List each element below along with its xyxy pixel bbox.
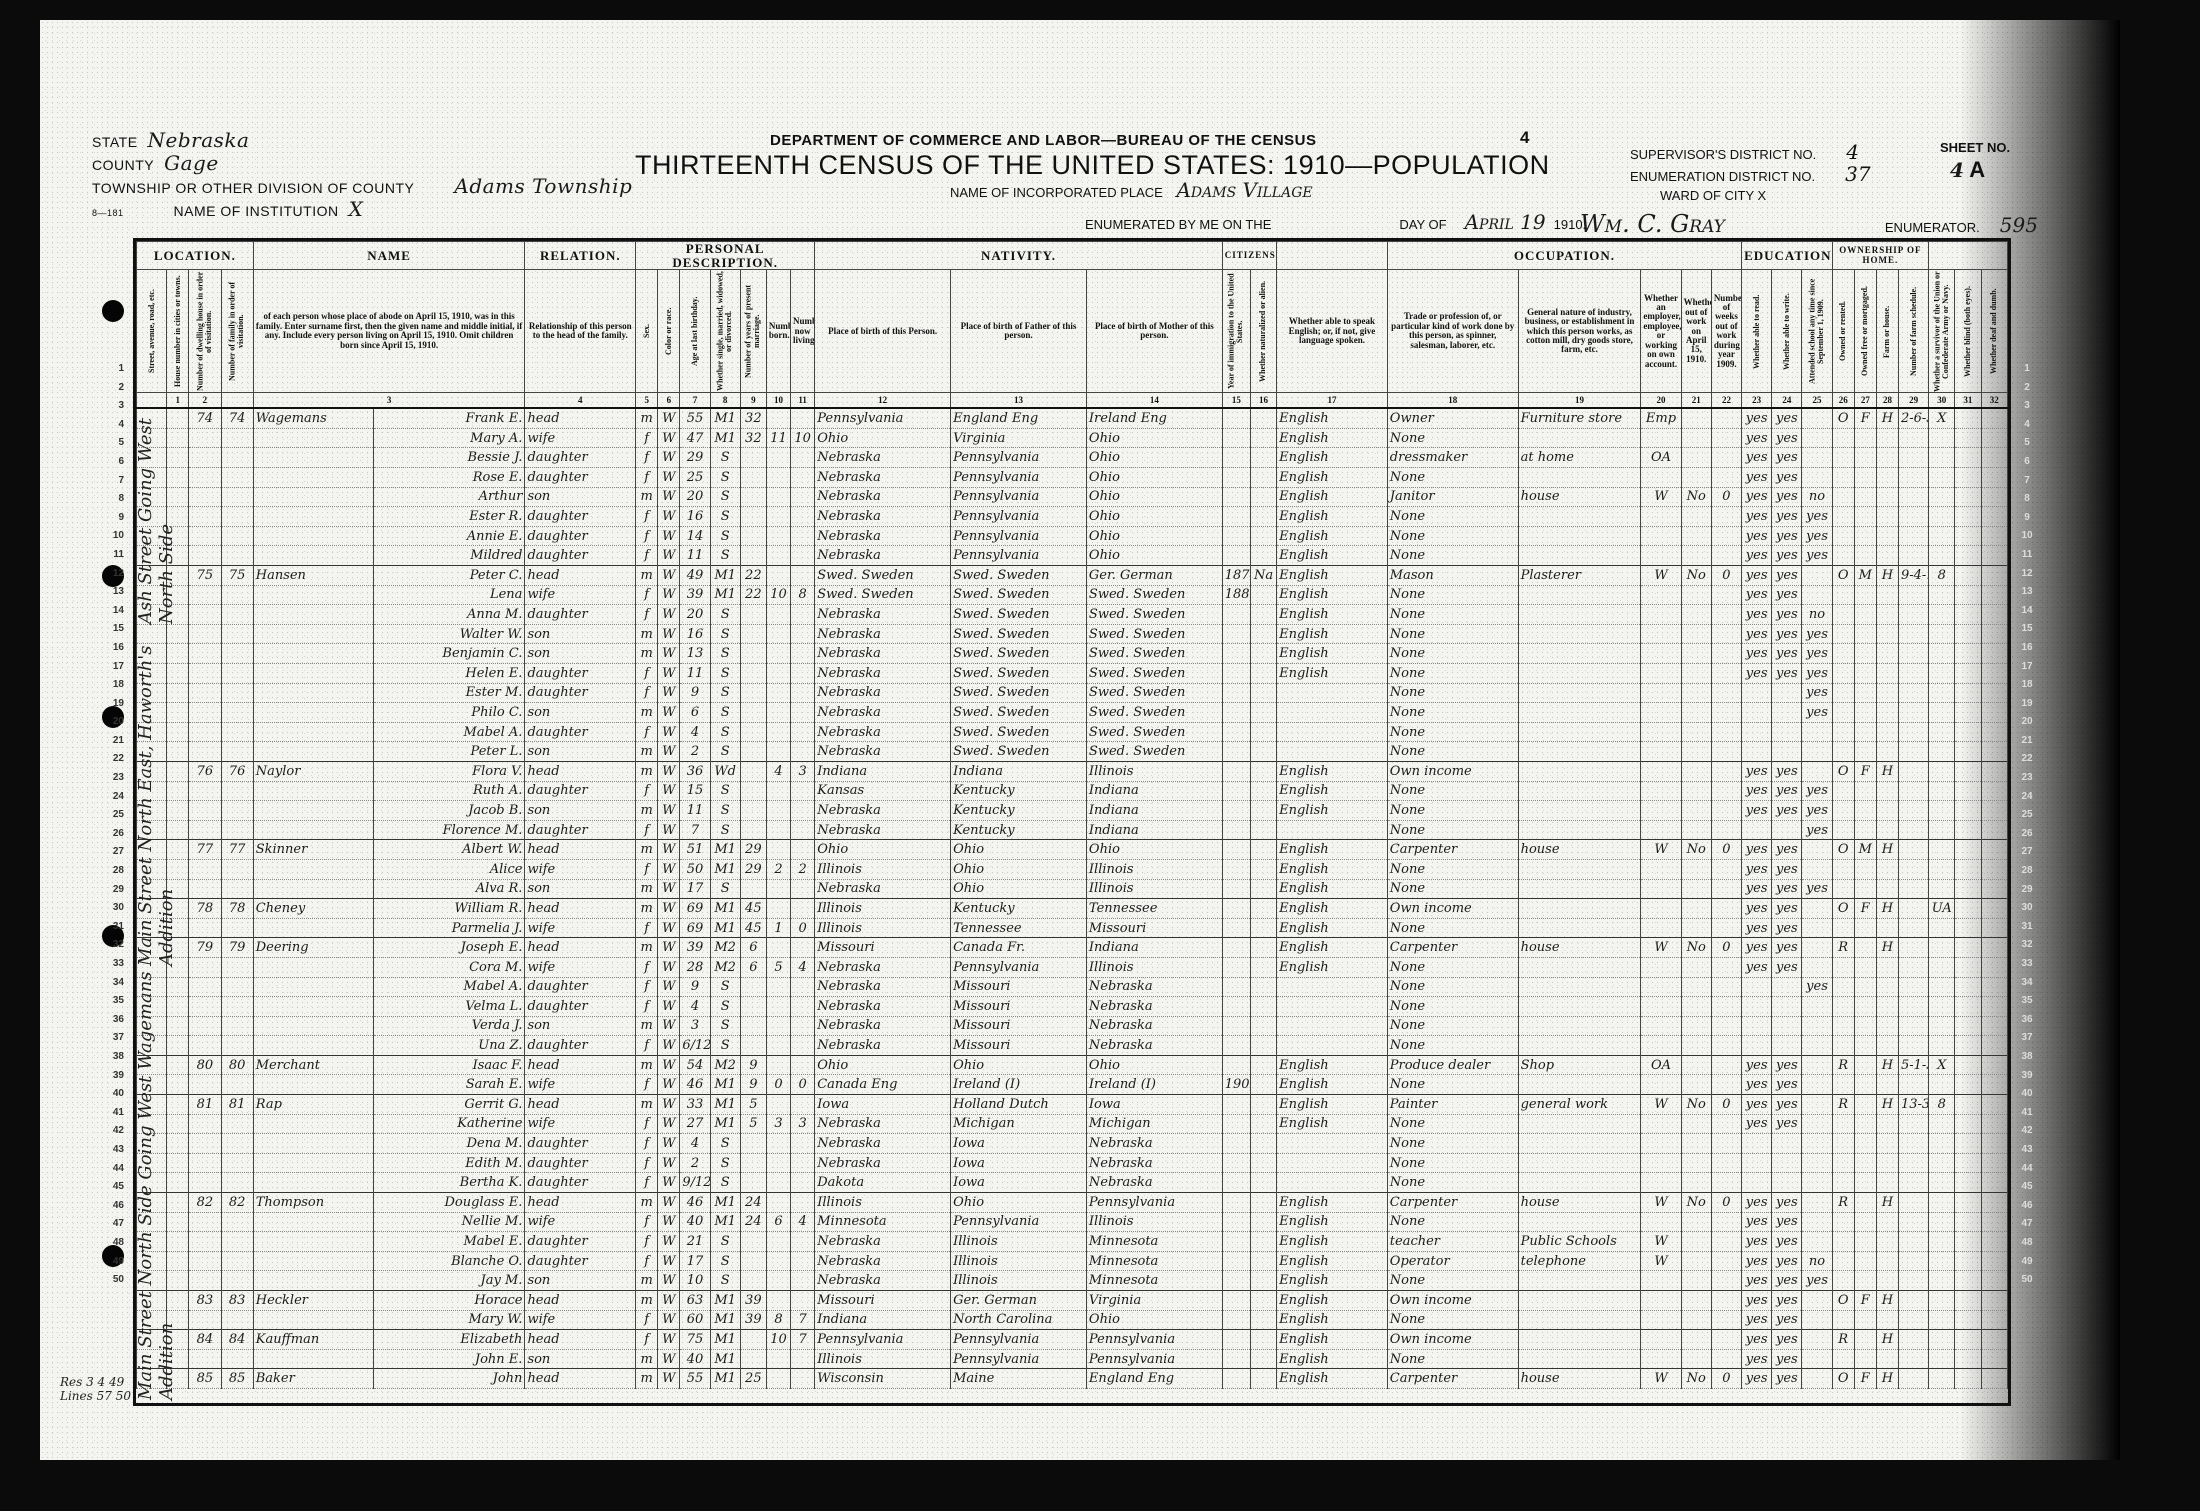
veteran-cell xyxy=(1929,859,1955,879)
farm-house-cell xyxy=(1876,957,1898,977)
mother-birthplace-cell: Swed. Sweden xyxy=(1086,742,1222,762)
naturalization-cell xyxy=(1250,1173,1276,1193)
read-cell: yes xyxy=(1742,859,1772,879)
given-name-cell: Bertha K. xyxy=(374,1173,525,1193)
employer-status-cell xyxy=(1641,742,1681,762)
industry-cell xyxy=(1518,879,1641,899)
header-nativity: NATIVITY. xyxy=(815,242,1223,270)
col-read: Whether able to read. xyxy=(1742,270,1772,393)
farm-schedule-cell xyxy=(1899,997,1929,1017)
mother-birthplace-cell: Swed. Sweden xyxy=(1086,624,1222,644)
given-name-cell: Jacob B. xyxy=(374,801,525,821)
children-born-cell xyxy=(766,722,790,742)
free-mortgaged-cell xyxy=(1854,977,1876,997)
race-cell: W xyxy=(658,408,680,428)
surname-cell xyxy=(253,644,374,664)
write-cell: yes xyxy=(1772,957,1802,977)
given-name-cell: Lena xyxy=(374,585,525,605)
race-cell: W xyxy=(658,1036,680,1056)
write-cell: yes xyxy=(1772,1212,1802,1232)
language-cell: English xyxy=(1277,781,1388,801)
blind-cell xyxy=(1955,566,1981,586)
mother-birthplace-cell: Michigan xyxy=(1086,1114,1222,1134)
birthplace-cell: Nebraska xyxy=(815,526,951,546)
given-name-cell: Edith M. xyxy=(374,1153,525,1173)
marital-status-cell: S xyxy=(710,1271,740,1291)
write-cell: yes xyxy=(1772,644,1802,664)
farm-schedule-cell xyxy=(1899,801,1929,821)
years-married-cell xyxy=(740,448,766,468)
farm-house-cell xyxy=(1876,820,1898,840)
naturalization-cell xyxy=(1250,507,1276,527)
line-number: 46 xyxy=(88,1197,124,1216)
free-mortgaged-cell xyxy=(1854,1173,1876,1193)
language-cell: English xyxy=(1277,585,1388,605)
children-born-cell xyxy=(766,801,790,821)
farm-house-cell xyxy=(1876,605,1898,625)
trade-cell: None xyxy=(1387,585,1518,605)
industry-cell xyxy=(1518,1016,1641,1036)
veteran-cell xyxy=(1929,1193,1955,1213)
out-of-work-cell xyxy=(1681,1291,1711,1311)
out-of-work-cell: No xyxy=(1681,1095,1711,1115)
immigration-year-cell xyxy=(1222,918,1250,938)
read-cell xyxy=(1742,820,1772,840)
years-married-cell xyxy=(740,1251,766,1271)
naturalization-cell xyxy=(1250,801,1276,821)
family-number-cell xyxy=(221,585,253,605)
given-name-cell: Mildred xyxy=(374,546,525,566)
employer-status-cell xyxy=(1641,820,1681,840)
birthplace-cell: Missouri xyxy=(815,1291,951,1311)
deaf-cell xyxy=(1981,938,2008,958)
given-name-cell: Joseph E. xyxy=(374,938,525,958)
industry-cell xyxy=(1518,1114,1641,1134)
farm-house-cell: H xyxy=(1876,1369,1898,1389)
blind-cell xyxy=(1955,918,1981,938)
free-mortgaged-cell xyxy=(1854,507,1876,527)
free-mortgaged-cell: F xyxy=(1854,408,1876,428)
given-name-cell: Bessie J. xyxy=(374,448,525,468)
free-mortgaged-cell xyxy=(1854,1016,1876,1036)
farm-schedule-cell xyxy=(1899,1153,1929,1173)
immigration-year-cell xyxy=(1222,1134,1250,1154)
out-of-work-cell xyxy=(1681,1251,1711,1271)
immigration-year-cell xyxy=(1222,781,1250,801)
weeks-out-cell xyxy=(1711,1349,1741,1369)
farm-schedule-cell xyxy=(1899,1310,1929,1330)
immigration-year-cell xyxy=(1222,742,1250,762)
surname-cell: Thompson xyxy=(253,1193,374,1213)
years-married-cell xyxy=(740,879,766,899)
mother-birthplace-cell: Pennsylvania xyxy=(1086,1193,1222,1213)
immigration-year-cell xyxy=(1222,761,1250,781)
weeks-out-cell xyxy=(1711,546,1741,566)
out-of-work-cell xyxy=(1681,997,1711,1017)
free-mortgaged-cell xyxy=(1854,683,1876,703)
naturalization-cell xyxy=(1250,1075,1276,1095)
free-mortgaged-cell xyxy=(1854,585,1876,605)
naturalization-cell xyxy=(1250,526,1276,546)
industry-cell xyxy=(1518,468,1641,488)
sex-cell: m xyxy=(636,840,658,860)
line-number: 42 xyxy=(88,1122,124,1141)
owned-rented-cell xyxy=(1832,859,1854,879)
given-name-cell: Cora M. xyxy=(374,957,525,977)
relation-cell: daughter xyxy=(525,468,636,488)
write-cell: yes xyxy=(1772,1369,1802,1389)
weeks-out-cell xyxy=(1711,1055,1741,1075)
mother-birthplace-cell: Minnesota xyxy=(1086,1251,1222,1271)
birthplace-cell: Iowa xyxy=(815,1095,951,1115)
deaf-cell xyxy=(1981,408,2008,428)
family-number-cell xyxy=(221,448,253,468)
industry-cell xyxy=(1518,918,1641,938)
state-value: Nebraska xyxy=(148,128,250,152)
race-cell: W xyxy=(658,1095,680,1115)
employer-status-cell: W xyxy=(1641,840,1681,860)
col-farm-house: Farm or house. xyxy=(1876,270,1898,393)
mother-birthplace-cell: Indiana xyxy=(1086,781,1222,801)
incorporated-place-value: Adams Village xyxy=(1176,178,1312,202)
language-cell: English xyxy=(1277,664,1388,684)
trade-cell: None xyxy=(1387,428,1518,448)
relation-cell: son xyxy=(525,801,636,821)
write-cell: yes xyxy=(1772,1291,1802,1311)
blind-cell xyxy=(1955,1075,1981,1095)
sex-cell: f xyxy=(636,468,658,488)
write-cell xyxy=(1772,1153,1802,1173)
children-born-cell xyxy=(766,938,790,958)
birthplace-cell: Nebraska xyxy=(815,1153,951,1173)
deaf-cell xyxy=(1981,1193,2008,1213)
naturalization-cell xyxy=(1250,977,1276,997)
naturalization-cell xyxy=(1250,781,1276,801)
ward-label: WARD OF CITY xyxy=(1660,188,1754,203)
census-table: LOCATION. NAME RELATION. PERSONAL DESCRI… xyxy=(133,238,2011,1406)
years-married-cell xyxy=(740,468,766,488)
language-cell: English xyxy=(1277,899,1388,919)
years-married-cell xyxy=(740,977,766,997)
col-free-mortgaged: Owned free or mortgaged. xyxy=(1854,270,1876,393)
children-born-cell xyxy=(766,1055,790,1075)
table-row: Cora M.wifefW28M2654NebraskaPennsylvania… xyxy=(137,957,2008,977)
out-of-work-cell xyxy=(1681,1330,1711,1350)
line-number: 45 xyxy=(2012,1178,2042,1197)
school-cell xyxy=(1802,761,1832,781)
write-cell: yes xyxy=(1772,487,1802,507)
years-married-cell xyxy=(740,703,766,723)
read-cell: yes xyxy=(1742,566,1772,586)
father-birthplace-cell: Pennsylvania xyxy=(951,957,1087,977)
deaf-cell xyxy=(1981,820,2008,840)
children-living-cell xyxy=(791,840,815,860)
birthplace-cell: Nebraska xyxy=(815,722,951,742)
line-number: 31 xyxy=(88,918,124,937)
children-born-cell xyxy=(766,408,790,428)
farm-schedule-cell xyxy=(1899,546,1929,566)
house-number-cell xyxy=(167,840,189,860)
naturalization-cell: Na xyxy=(1250,566,1276,586)
read-cell: yes xyxy=(1742,605,1772,625)
school-cell xyxy=(1802,1193,1832,1213)
trade-cell: dressmaker xyxy=(1387,448,1518,468)
marital-status-cell: M2 xyxy=(710,938,740,958)
children-born-cell xyxy=(766,742,790,762)
relation-cell: daughter xyxy=(525,448,636,468)
naturalization-cell xyxy=(1250,859,1276,879)
sex-cell: f xyxy=(636,859,658,879)
employer-status-cell: W xyxy=(1641,566,1681,586)
marital-status-cell: S xyxy=(710,1153,740,1173)
children-living-cell: 7 xyxy=(791,1330,815,1350)
farm-schedule-cell xyxy=(1899,507,1929,527)
ward-value: X xyxy=(1758,188,1767,203)
farm-house-cell xyxy=(1876,448,1898,468)
surname-cell: Skinner xyxy=(253,840,374,860)
farm-house-cell xyxy=(1876,1173,1898,1193)
line-number: 35 xyxy=(88,992,124,1011)
line-number: 34 xyxy=(88,974,124,993)
supervisor-district-value: 4 xyxy=(1846,140,1859,164)
table-row: Anna M.daughterfW20SNebraskaSwed. Sweden… xyxy=(137,605,2008,625)
sex-cell: f xyxy=(636,1232,658,1252)
age-cell: 17 xyxy=(680,1251,710,1271)
veteran-cell xyxy=(1929,1349,1955,1369)
blind-cell xyxy=(1955,1369,1981,1389)
children-living-cell xyxy=(791,1232,815,1252)
owned-rented-cell xyxy=(1832,820,1854,840)
farm-schedule-cell xyxy=(1899,683,1929,703)
free-mortgaged-cell xyxy=(1854,1349,1876,1369)
surname-cell xyxy=(253,977,374,997)
children-living-cell xyxy=(791,938,815,958)
relation-cell: wife xyxy=(525,1075,636,1095)
out-of-work-cell xyxy=(1681,1153,1711,1173)
given-name-cell: Benjamin C. xyxy=(374,644,525,664)
column-number: 11 xyxy=(791,393,815,409)
race-cell: W xyxy=(658,526,680,546)
out-of-work-cell xyxy=(1681,408,1711,428)
trade-cell: None xyxy=(1387,1075,1518,1095)
relation-cell: son xyxy=(525,487,636,507)
write-cell: yes xyxy=(1772,1232,1802,1252)
surname-cell xyxy=(253,1349,374,1369)
line-number: 35 xyxy=(2012,992,2042,1011)
line-number: 29 xyxy=(88,881,124,900)
table-row: Nellie M.wifefW40M12464MinnesotaPennsylv… xyxy=(137,1212,2008,1232)
farm-schedule-cell xyxy=(1899,761,1929,781)
school-cell xyxy=(1802,1016,1832,1036)
veteran-cell xyxy=(1929,977,1955,997)
sex-cell: f xyxy=(636,526,658,546)
marital-status-cell: S xyxy=(710,1251,740,1271)
farm-house-cell xyxy=(1876,1016,1898,1036)
language-cell: English xyxy=(1277,918,1388,938)
veteran-cell xyxy=(1929,801,1955,821)
weeks-out-cell xyxy=(1711,468,1741,488)
years-married-cell: 25 xyxy=(740,1369,766,1389)
farm-schedule-cell xyxy=(1899,1212,1929,1232)
out-of-work-cell xyxy=(1681,977,1711,997)
house-number-cell xyxy=(167,1212,189,1232)
years-married-cell: 39 xyxy=(740,1291,766,1311)
farm-house-cell: H xyxy=(1876,1291,1898,1311)
line-number: 29 xyxy=(2012,881,2042,900)
industry-cell xyxy=(1518,683,1641,703)
farm-house-cell xyxy=(1876,1310,1898,1330)
read-cell xyxy=(1742,703,1772,723)
naturalization-cell xyxy=(1250,742,1276,762)
employer-status-cell xyxy=(1641,1173,1681,1193)
farm-house-cell xyxy=(1876,781,1898,801)
free-mortgaged-cell xyxy=(1854,781,1876,801)
farm-house-cell xyxy=(1876,1251,1898,1271)
age-cell: 60 xyxy=(680,1310,710,1330)
age-cell: 54 xyxy=(680,1055,710,1075)
out-of-work-cell xyxy=(1681,1075,1711,1095)
naturalization-cell xyxy=(1250,1271,1276,1291)
marital-status-cell: S xyxy=(710,997,740,1017)
street-note: Main Street North Side Going West Wagema… xyxy=(135,966,163,1400)
race-cell: W xyxy=(658,1291,680,1311)
naturalization-cell xyxy=(1250,1055,1276,1075)
school-cell: yes xyxy=(1802,977,1832,997)
years-married-cell: 29 xyxy=(740,859,766,879)
relation-cell: son xyxy=(525,703,636,723)
sex-cell: m xyxy=(636,644,658,664)
family-number-cell: 82 xyxy=(221,1193,253,1213)
language-cell: English xyxy=(1277,1232,1388,1252)
school-cell: yes xyxy=(1802,1271,1832,1291)
blind-cell xyxy=(1955,742,1981,762)
children-living-cell: 3 xyxy=(791,1114,815,1134)
children-living-cell xyxy=(791,566,815,586)
free-mortgaged-cell xyxy=(1854,605,1876,625)
column-number: 23 xyxy=(1742,393,1772,409)
race-cell: W xyxy=(658,448,680,468)
free-mortgaged-cell xyxy=(1854,1134,1876,1154)
table-row: Ester M.daughterfW9SNebraskaSwed. Sweden… xyxy=(137,683,2008,703)
race-cell: W xyxy=(658,487,680,507)
ward-block: WARD OF CITY X xyxy=(1660,188,1766,203)
father-birthplace-cell: Kentucky xyxy=(951,820,1087,840)
father-birthplace-cell: Swed. Sweden xyxy=(951,742,1087,762)
farm-house-cell: H xyxy=(1876,1193,1898,1213)
sex-cell: f xyxy=(636,585,658,605)
mother-birthplace-cell: Nebraska xyxy=(1086,1173,1222,1193)
col-out-of-work: Whether out of work on April 15, 1910. xyxy=(1681,270,1711,393)
trade-cell: None xyxy=(1387,468,1518,488)
header-misc xyxy=(1929,242,2008,270)
children-living-cell: 3 xyxy=(791,761,815,781)
naturalization-cell xyxy=(1250,408,1276,428)
children-born-cell xyxy=(766,487,790,507)
mother-birthplace-cell: Illinois xyxy=(1086,859,1222,879)
years-married-cell xyxy=(740,742,766,762)
marital-status-cell: S xyxy=(710,507,740,527)
dwelling-number-cell: 80 xyxy=(189,1055,221,1075)
column-number: 30 xyxy=(1929,393,1955,409)
school-cell xyxy=(1802,428,1832,448)
house-number-cell xyxy=(167,1075,189,1095)
line-number: 10 xyxy=(2012,527,2042,546)
father-birthplace-cell: Swed. Sweden xyxy=(951,624,1087,644)
children-living-cell xyxy=(791,546,815,566)
line-number: 32 xyxy=(88,936,124,955)
deaf-cell xyxy=(1981,1310,2008,1330)
table-row: Philo C.sonmW6SNebraskaSwed. SwedenSwed.… xyxy=(137,703,2008,723)
farm-house-cell xyxy=(1876,801,1898,821)
father-birthplace-cell: Canada Fr. xyxy=(951,938,1087,958)
industry-cell xyxy=(1518,1134,1641,1154)
owned-rented-cell: O xyxy=(1832,761,1854,781)
blind-cell xyxy=(1955,624,1981,644)
out-of-work-cell xyxy=(1681,1134,1711,1154)
footnote-line: Lines 57 50 xyxy=(60,1389,131,1403)
dwelling-number-cell xyxy=(189,1212,221,1232)
trade-cell: None xyxy=(1387,1153,1518,1173)
father-birthplace-cell: Swed. Sweden xyxy=(951,664,1087,684)
sex-cell: f xyxy=(636,683,658,703)
weeks-out-cell xyxy=(1711,1271,1741,1291)
out-of-work-cell: No xyxy=(1681,487,1711,507)
blind-cell xyxy=(1955,820,1981,840)
out-of-work-cell xyxy=(1681,605,1711,625)
blind-cell xyxy=(1955,1114,1981,1134)
table-row: Helen E.daughterfW11SNebraskaSwed. Swede… xyxy=(137,664,2008,684)
age-cell: 55 xyxy=(680,1369,710,1389)
read-cell: yes xyxy=(1742,1055,1772,1075)
children-living-cell xyxy=(791,977,815,997)
years-married-cell xyxy=(740,781,766,801)
naturalization-cell xyxy=(1250,1330,1276,1350)
children-born-cell xyxy=(766,605,790,625)
read-cell xyxy=(1742,722,1772,742)
sex-cell: f xyxy=(636,957,658,977)
house-number-cell xyxy=(167,781,189,801)
given-name-cell: Anna M. xyxy=(374,605,525,625)
farm-schedule-cell xyxy=(1899,742,1929,762)
race-cell: W xyxy=(658,820,680,840)
farm-schedule-cell xyxy=(1899,487,1929,507)
race-cell: W xyxy=(658,1134,680,1154)
enumerated-label: ENUMERATED BY ME ON THE xyxy=(1085,217,1271,232)
naturalization-cell xyxy=(1250,1095,1276,1115)
industry-cell xyxy=(1518,428,1641,448)
column-number: 31 xyxy=(1955,393,1981,409)
age-cell: 2 xyxy=(680,1153,710,1173)
school-cell xyxy=(1802,1095,1832,1115)
children-born-cell xyxy=(766,1369,790,1389)
birthplace-cell: Illinois xyxy=(815,859,951,879)
industry-cell xyxy=(1518,1291,1641,1311)
language-cell: English xyxy=(1277,1114,1388,1134)
marital-status-cell: M1 xyxy=(710,408,740,428)
family-number-cell xyxy=(221,1310,253,1330)
age-cell: 2 xyxy=(680,742,710,762)
dwelling-number-cell xyxy=(189,1271,221,1291)
marital-status-cell: M1 xyxy=(710,918,740,938)
marital-status-cell: S xyxy=(710,879,740,899)
read-cell: yes xyxy=(1742,801,1772,821)
given-name-cell: Annie E. xyxy=(374,526,525,546)
free-mortgaged-cell xyxy=(1854,526,1876,546)
footnote-line: Res 3 4 49 xyxy=(60,1375,131,1389)
birthplace-cell: Nebraska xyxy=(815,1251,951,1271)
relation-cell: daughter xyxy=(525,526,636,546)
naturalization-cell xyxy=(1250,1036,1276,1056)
